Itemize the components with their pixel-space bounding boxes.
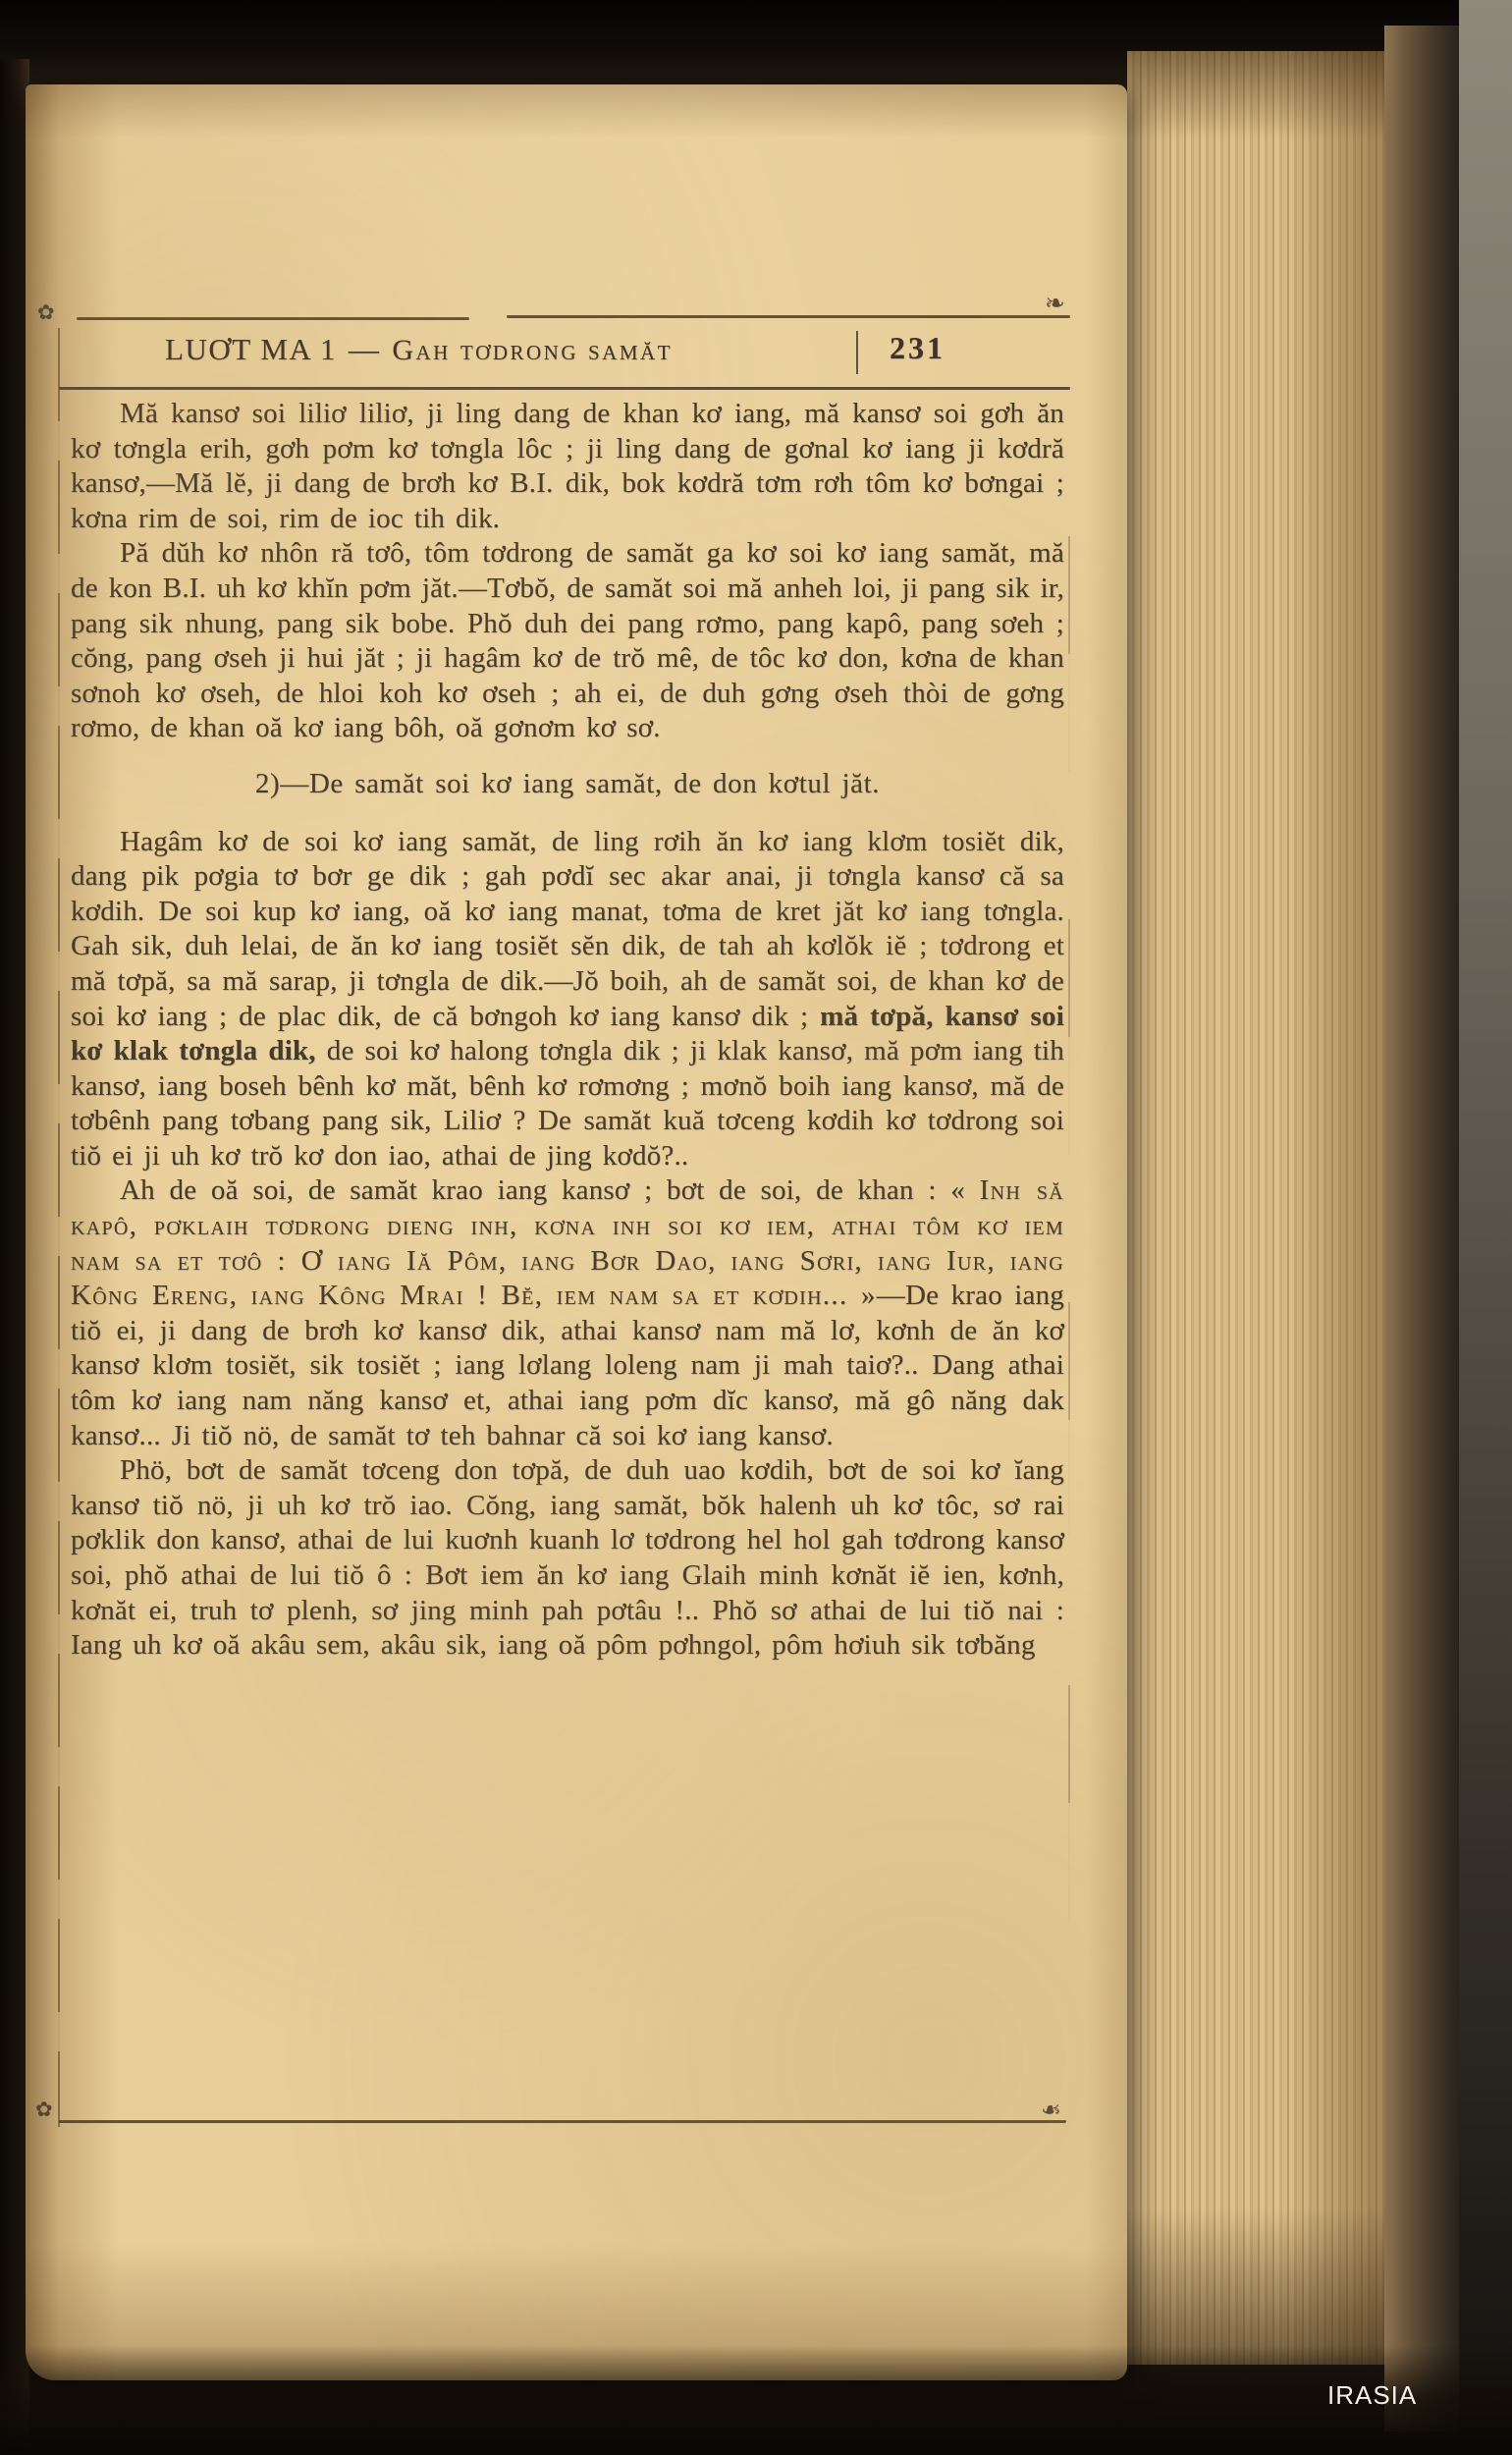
fleuron-ornament-icon: ❧ — [1041, 2096, 1061, 2124]
text-run: Pă dŭh kơ nhôn ră tơô, tôm tơdrong de sa… — [71, 537, 1064, 743]
book-page-edges — [1127, 51, 1384, 2365]
title-dash: — — [349, 332, 381, 366]
paragraph-1: Mă kansơ soi liliơ liliơ, ji ling dang d… — [71, 397, 1064, 536]
book-page: ✿ ❧ LUƠT MA 1—Gah tơdrong samăt 231 Mă k… — [26, 84, 1127, 2380]
bottom-rule — [59, 2120, 1066, 2123]
header-rule — [59, 387, 1070, 390]
left-frame-line — [58, 328, 60, 2127]
body-text: Mă kansơ soi liliơ liliơ, ji ling dang d… — [71, 397, 1064, 1664]
paragraph-5: Phö, bơt de samăt tơceng don tơpă, de du… — [71, 1453, 1064, 1664]
section-title: Gah tơdrong samăt — [392, 334, 673, 366]
top-rule-left-segment — [77, 317, 469, 320]
text-run: Ah de oă soi, de samăt krao iang kansơ ;… — [120, 1174, 980, 1206]
running-head: LUƠT MA 1—Gah tơdrong samăt 231 — [71, 330, 1064, 379]
running-head-title: LUƠT MA 1—Gah tơdrong samăt — [165, 332, 673, 367]
irasia-watermark: IRASIA — [1327, 2380, 1417, 2411]
text-run: Phö, bơt de samăt tơceng don tơpă, de du… — [71, 1454, 1064, 1661]
text-run: Mă kansơ soi liliơ liliơ, ji ling dang d… — [71, 398, 1064, 534]
chapter-title: LUƠT MA 1 — [165, 332, 337, 366]
section-subheading: 2)—De samăt soi kơ iang samăt, de don kơ… — [71, 767, 1064, 802]
top-rule-right-segment — [507, 315, 1070, 318]
page-number: 231 — [890, 330, 945, 366]
book-cover-edge — [1384, 26, 1459, 2431]
scan-right-edge — [1459, 0, 1512, 2455]
scanned-book-photo: ✿ ❧ LUƠT MA 1—Gah tơdrong samăt 231 Mă k… — [0, 0, 1512, 2455]
paragraph-2: Pă dŭh kơ nhôn ră tơô, tôm tơdrong de sa… — [71, 536, 1064, 746]
floral-ornament-icon: ✿ — [37, 300, 55, 324]
paragraph-3: Hagâm kơ de soi kơ iang samăt, de ling r… — [71, 825, 1064, 1174]
fleuron-ornament-icon: ❧ — [1045, 289, 1065, 317]
floral-ornament-icon: ✿ — [35, 2098, 53, 2121]
paragraph-4: Ah de oă soi, de samăt krao iang kansơ ;… — [71, 1173, 1064, 1453]
scan-bottom-shadow — [0, 2345, 1512, 2455]
header-divider-bar — [856, 331, 858, 374]
right-frame-line — [1068, 389, 1070, 2063]
